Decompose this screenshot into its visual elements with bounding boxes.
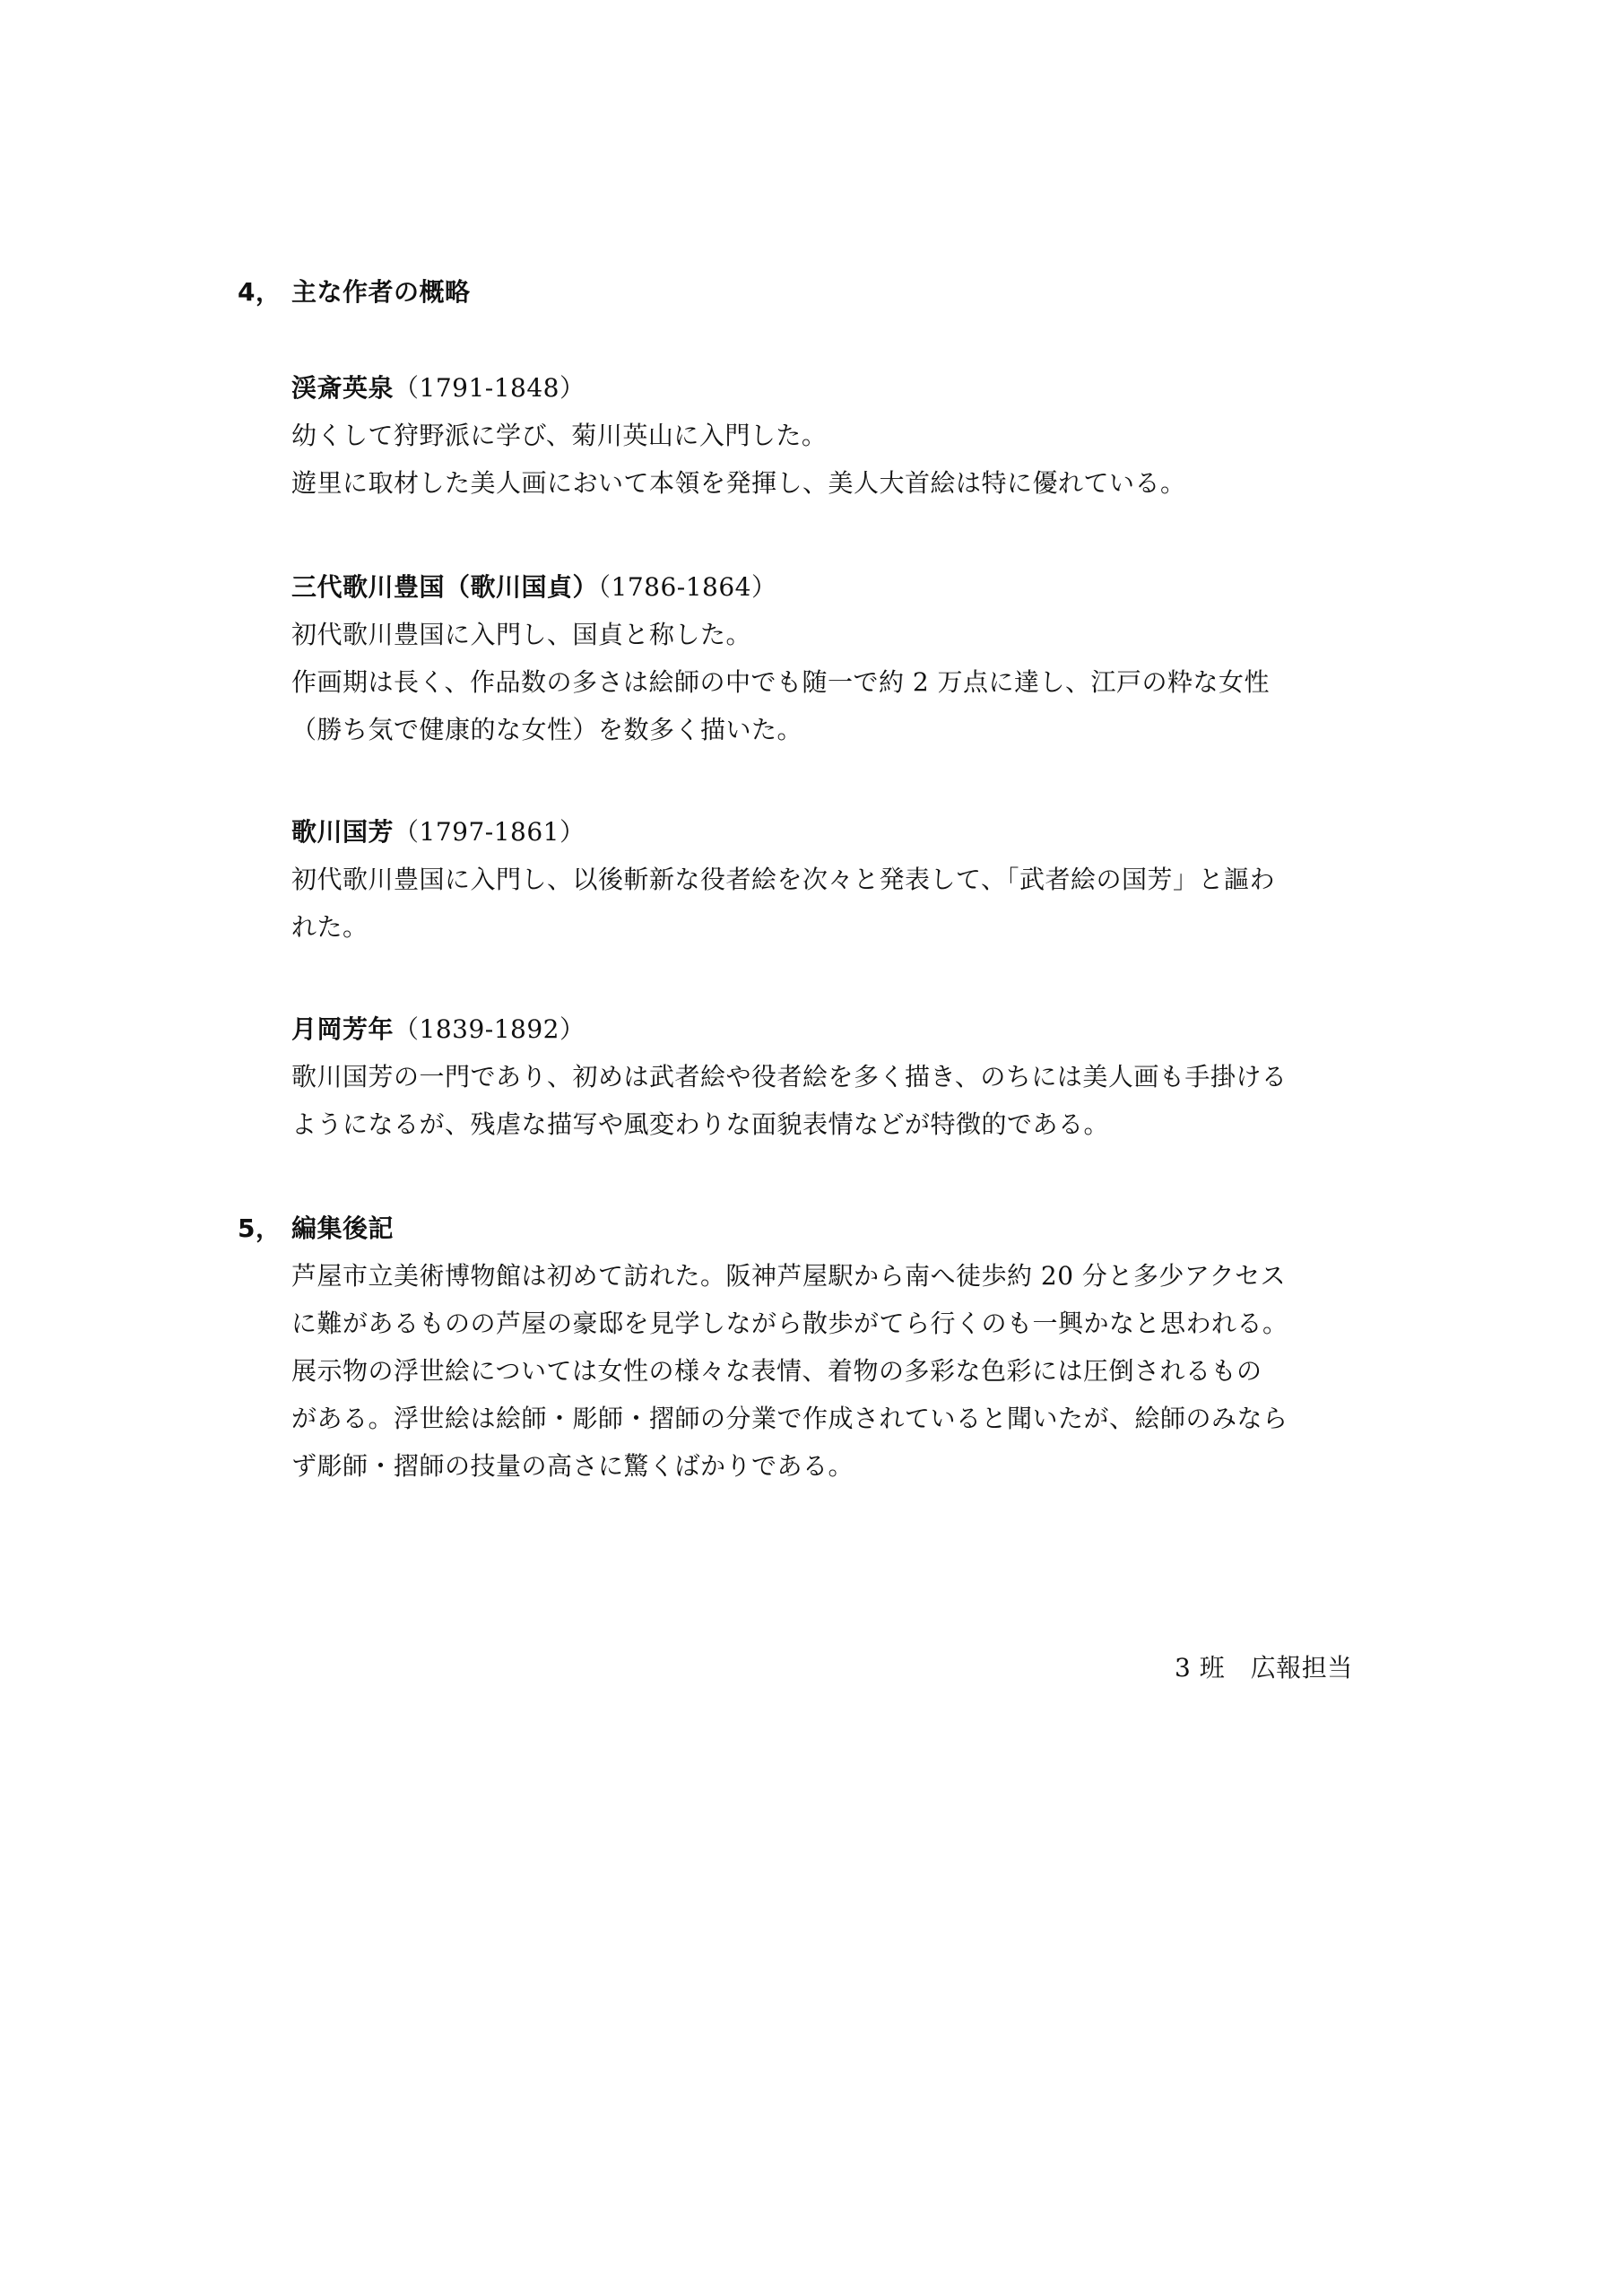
body-line: に難があるものの芦屋の豪邸を見学しながら散歩がてら行くのも一興かなと思われる。 — [291, 1308, 1288, 1340]
body-line: 歌川国芳の一門であり、初めは武者絵や役者絵を多く描き、のちには美人画も手掛ける — [291, 1061, 1287, 1093]
body-line: （勝ち気で健康的な女性）を数多く描いた。 — [291, 714, 802, 746]
section-4-heading: 4，主な作者の概略 — [238, 276, 471, 309]
artist-years: （1791-1848） — [394, 373, 585, 403]
body-line: 遊里に取材した美人画において本領を発揮し、美人大首絵は特に優れている。 — [291, 467, 1186, 500]
body-line: 展示物の浮世絵については女性の様々な表情、着物の多彩な色彩には圧倒されるもの — [291, 1355, 1262, 1387]
body-line: 初代歌川豊国に入門し、以後斬新な役者絵を次々と発表して、「武者絵の国芳」と謳わ — [291, 864, 1275, 896]
artist-name: 三代歌川豊国（歌川国貞） — [291, 572, 598, 602]
body-line: 芦屋市立美術博物館は初めて訪れた。阪神芦屋駅から南へ徒歩約 20 分と多少アクセ… — [291, 1260, 1286, 1292]
artist-years: （1839-1892） — [394, 1014, 585, 1044]
body-line: 作画期は長く、作品数の多さは絵師の中でも随一で約 2 万点に達し、江戸の粋な女性 — [291, 666, 1270, 699]
signature: 3 班 広報担当 — [1175, 1652, 1353, 1684]
document-page: 4，主な作者の概略 渓斎英泉（1791-1848） 幼くして狩野派に学び、菊川英… — [0, 0, 1622, 2296]
artist-name-yoshitoshi: 月岡芳年（1839-1892） — [291, 1013, 585, 1046]
body-line: 幼くして狩野派に学び、菊川英山に入門した。 — [291, 420, 827, 452]
section-number: 4， — [238, 276, 291, 309]
artist-name: 月岡芳年 — [291, 1014, 394, 1044]
body-line: がある。浮世絵は絵師・彫師・摺師の分業で作成されていると聞いたが、絵師のみなら — [291, 1403, 1288, 1435]
section-5-heading: 5，編集後記 — [238, 1213, 394, 1245]
section-title: 編集後記 — [291, 1213, 394, 1243]
artist-name: 渓斎英泉 — [291, 373, 394, 403]
body-line: ようになるが、残虐な描写や風変わりな面貌表情などが特徴的である。 — [291, 1109, 1109, 1141]
section-number: 5， — [238, 1213, 291, 1245]
body-line: れた。 — [291, 911, 369, 944]
artist-name: 歌川国芳 — [291, 817, 394, 847]
artist-name-kuniyoshi: 歌川国芳（1797-1861） — [291, 816, 585, 848]
section-title: 主な作者の概略 — [291, 277, 471, 307]
artist-name-toyokuni: 三代歌川豊国（歌川国貞）（1786-1864） — [291, 571, 777, 604]
artist-name-eisen: 渓斎英泉（1791-1848） — [291, 372, 585, 404]
body-line: 初代歌川豊国に入門し、国貞と称した。 — [291, 619, 751, 651]
body-line: ず彫師・摺師の技量の高さに驚くばかりである。 — [291, 1450, 854, 1483]
artist-years: （1797-1861） — [394, 817, 585, 847]
artist-years: （1786-1864） — [598, 572, 776, 602]
